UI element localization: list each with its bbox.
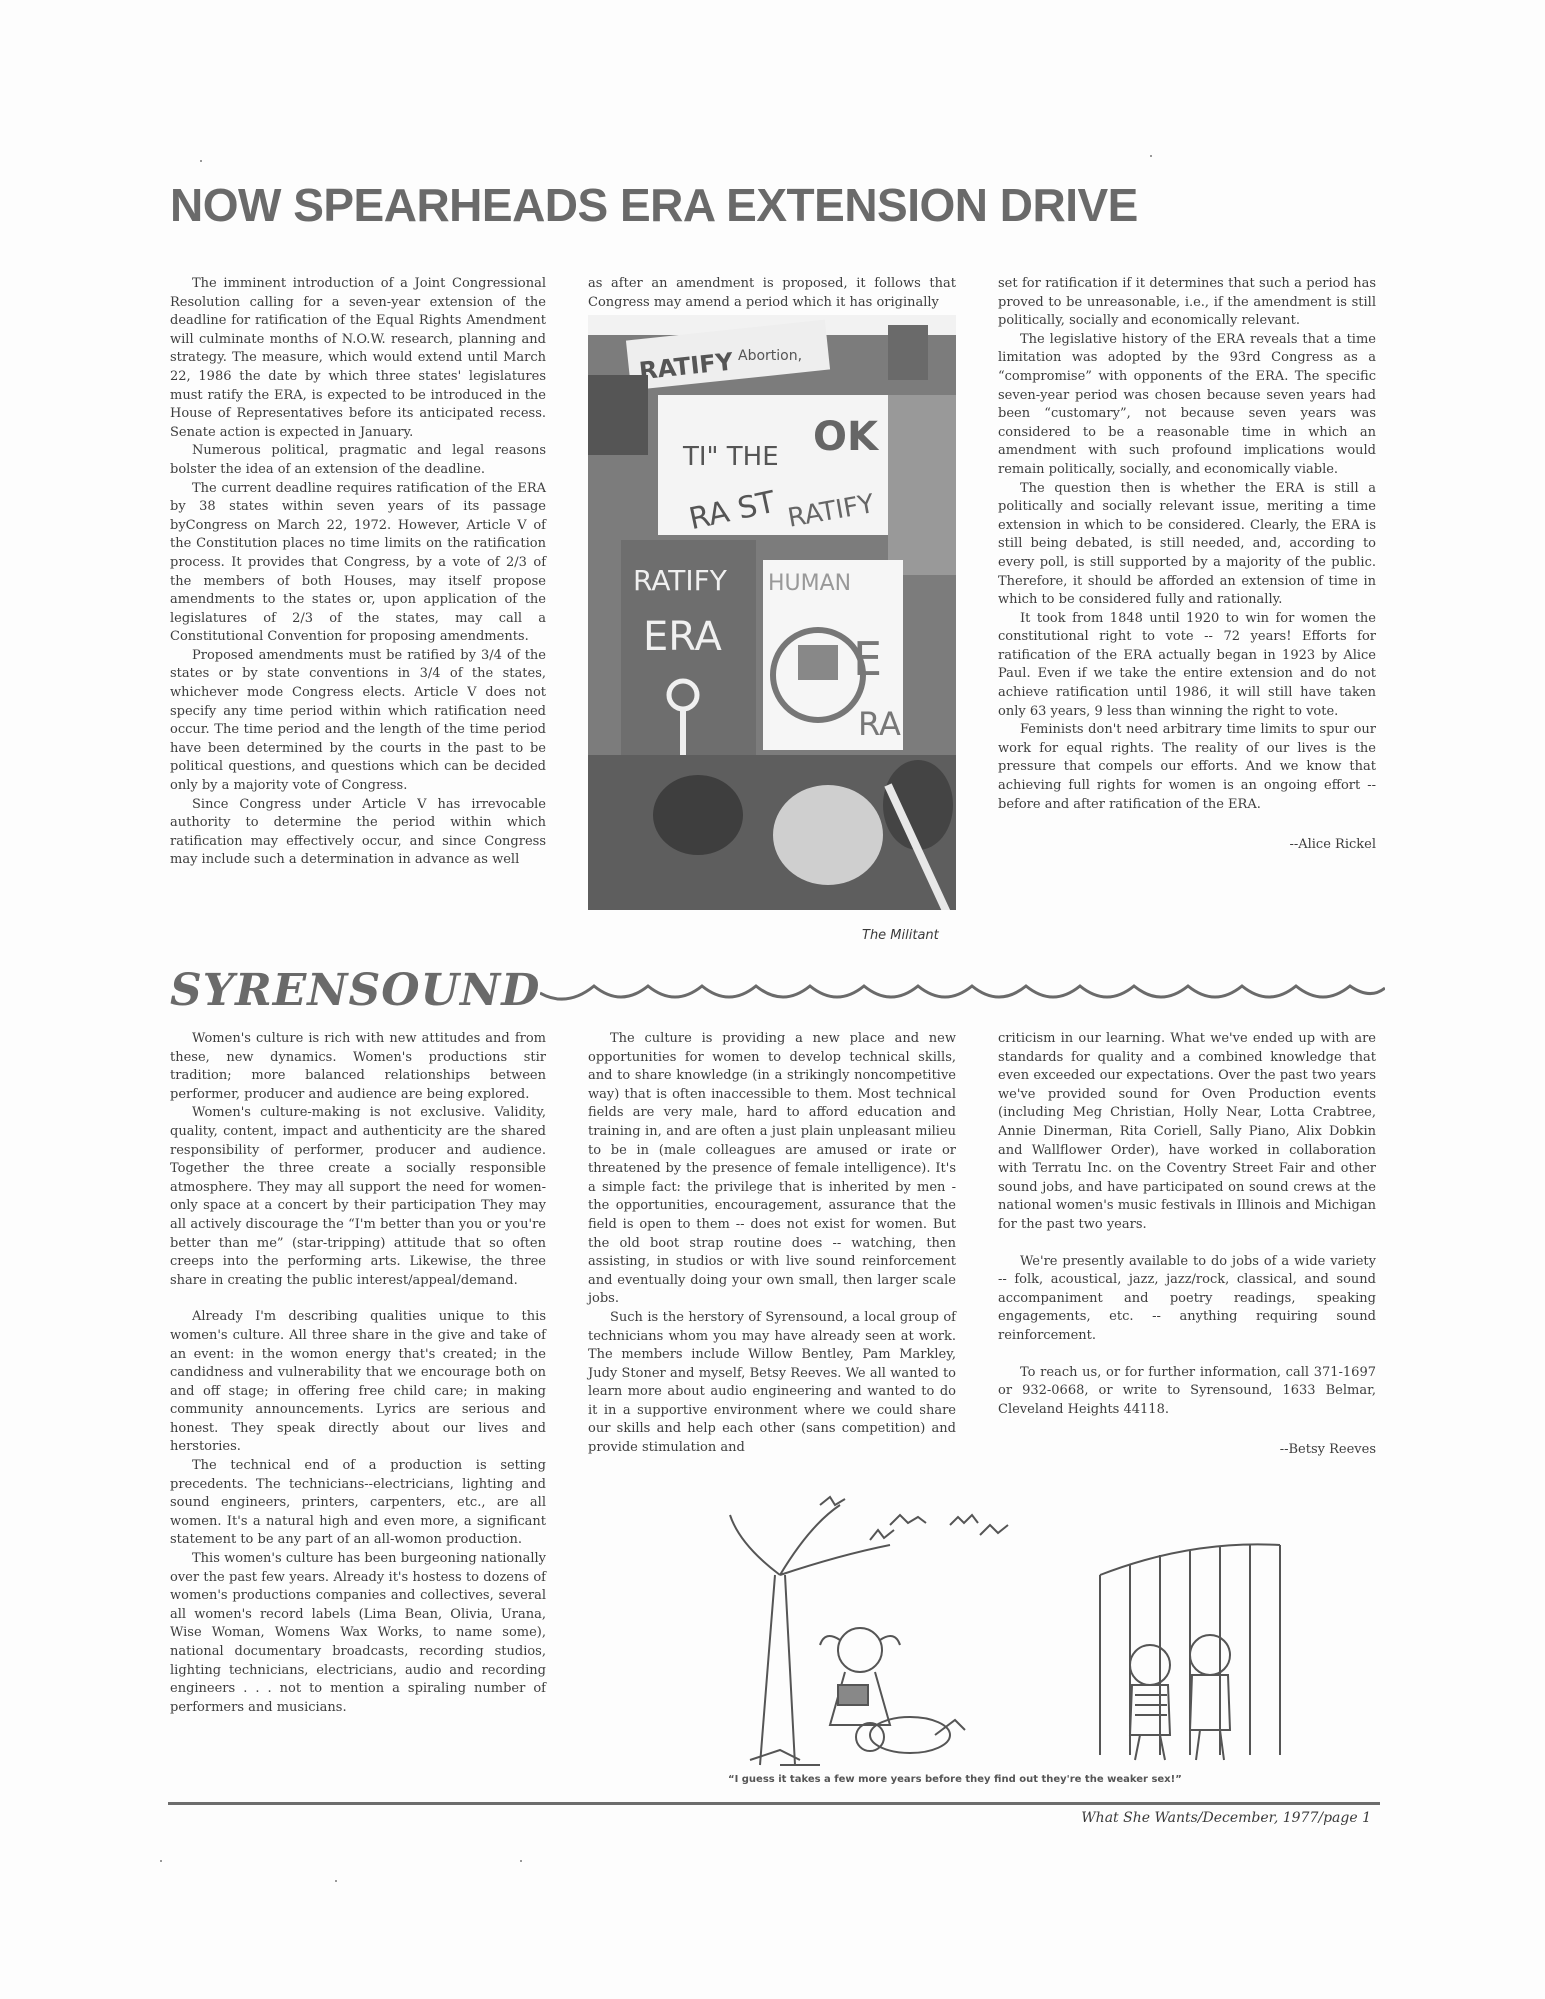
svg-text:OK: OK xyxy=(813,414,880,460)
syrensound-column-1: Women's culture is rich with new attitud… xyxy=(170,1030,546,1717)
protest-signs-image: RATIFY Abortion, TI" THE RA ST RATIFY OK… xyxy=(588,315,956,910)
children-cartoon-image xyxy=(720,1485,1320,1785)
wavy-rule xyxy=(540,978,1385,1008)
headline-syrensound: SYRENSOUND xyxy=(170,965,540,1016)
svg-text:ERA: ERA xyxy=(643,614,722,660)
svg-text:TI" THE: TI" THE xyxy=(682,442,779,472)
paragraph: Since Congress under Article V has irrev… xyxy=(170,796,546,870)
paragraph: as after an amendment is proposed, it fo… xyxy=(588,275,956,312)
photo-credit: The Militant xyxy=(862,928,939,943)
paragraph: Already I'm describing qualities unique … xyxy=(170,1308,546,1457)
era-column-1: The imminent introduction of a Joint Con… xyxy=(170,275,546,870)
byline: --Betsy Reeves xyxy=(998,1441,1376,1460)
paragraph: The current deadline requires ratificati… xyxy=(170,480,546,647)
era-column-3: set for ratification if it determines th… xyxy=(998,275,1376,855)
paragraph: The imminent introduction of a Joint Con… xyxy=(170,275,546,442)
scan-speck xyxy=(160,1860,162,1862)
paragraph: This women's culture has been burgeoning… xyxy=(170,1550,546,1717)
syrensound-column-3: criticism in our learning. What we've en… xyxy=(998,1030,1376,1460)
paragraph: Proposed amendments must be ratified by … xyxy=(170,647,546,796)
page-footer: What She Wants/December, 1977/page 1 xyxy=(1081,1810,1371,1826)
paragraph: set for ratification if it determines th… xyxy=(998,275,1376,331)
paragraph: To reach us, or for further information,… xyxy=(998,1364,1376,1420)
paragraph: The technical end of a production is set… xyxy=(170,1457,546,1550)
svg-text:E: E xyxy=(853,632,882,686)
scan-speck xyxy=(1150,155,1152,157)
syrensound-column-2: The culture is providing a new place and… xyxy=(588,1030,956,1458)
svg-text:HUMAN: HUMAN xyxy=(768,571,851,596)
newspaper-page: NOW SPEARHEADS ERA EXTENSION DRIVE The i… xyxy=(0,0,1545,1999)
paragraph: The question then is whether the ERA is … xyxy=(998,480,1376,610)
paragraph: Women's culture-making is not exclusive.… xyxy=(170,1104,546,1290)
cartoon-illustration xyxy=(720,1485,1320,1785)
paragraph: Women's culture is rich with new attitud… xyxy=(170,1030,546,1104)
paragraph: Such is the herstory of Syrensound, a lo… xyxy=(588,1309,956,1458)
era-column-2: as after an amendment is proposed, it fo… xyxy=(588,275,956,312)
svg-text:Abortion,: Abortion, xyxy=(738,348,802,364)
cartoon-caption: “I guess it takes a few more years befor… xyxy=(728,1774,1182,1785)
scan-speck xyxy=(200,160,202,162)
scan-speck xyxy=(520,1860,522,1862)
headline-era-extension: NOW SPEARHEADS ERA EXTENSION DRIVE xyxy=(170,178,1390,232)
rally-photo: RATIFY Abortion, TI" THE RA ST RATIFY OK… xyxy=(588,315,956,910)
paragraph: It took from 1848 until 1920 to win for … xyxy=(998,610,1376,722)
paragraph: Feminists don't need arbitrary time limi… xyxy=(998,721,1376,814)
scan-speck xyxy=(335,1880,337,1882)
paragraph: Numerous political, pragmatic and legal … xyxy=(170,442,546,479)
byline: --Alice Rickel xyxy=(998,836,1376,855)
paragraph: The legislative history of the ERA revea… xyxy=(998,331,1376,480)
svg-text:RA: RA xyxy=(858,705,901,743)
paragraph: The culture is providing a new place and… xyxy=(588,1030,956,1309)
bottom-rule xyxy=(168,1802,1380,1805)
paragraph: criticism in our learning. What we've en… xyxy=(998,1030,1376,1235)
paragraph: We're presently available to do jobs of … xyxy=(998,1253,1376,1346)
svg-text:RATIFY: RATIFY xyxy=(633,564,728,597)
